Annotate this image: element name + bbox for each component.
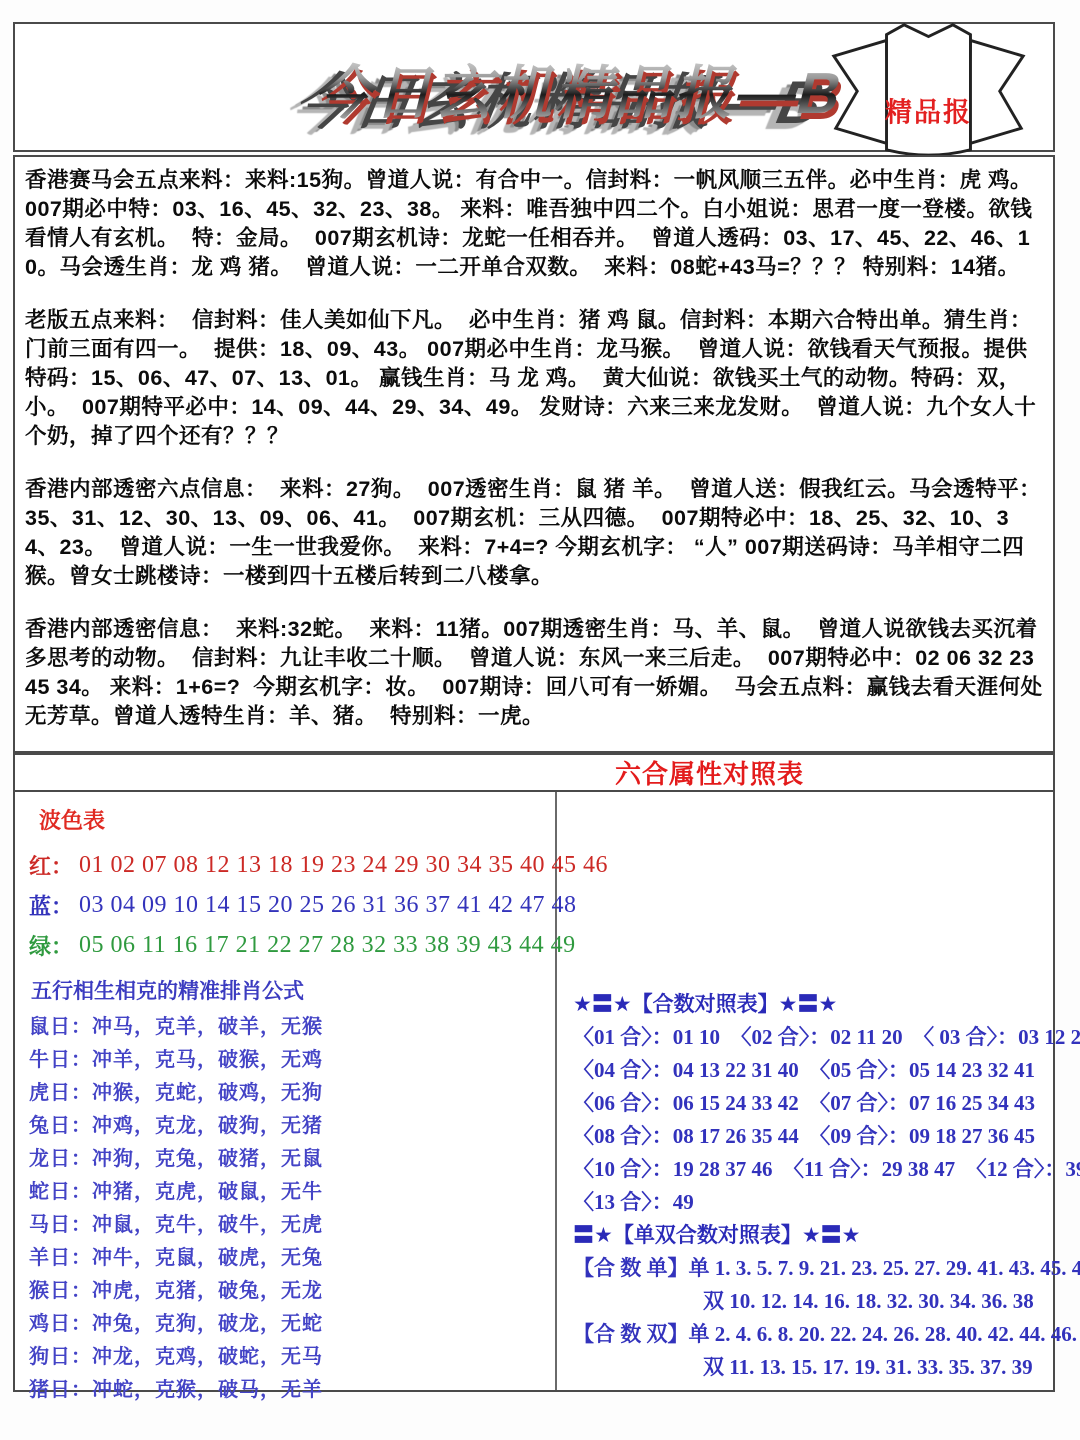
color-row-blue: 蓝： 03 04 09 10 14 15 20 25 26 31 36 37 4…: [29, 885, 545, 925]
color-row-green: 绿： 05 06 11 16 17 21 22 27 28 32 33 38 3…: [29, 925, 545, 965]
color-row-label: 红：: [29, 850, 73, 881]
formula-heading: 五行相生相克的精准排肖公式: [31, 975, 545, 1005]
color-table-heading: 波色表: [39, 804, 545, 835]
color-row-numbers: 01 02 07 08 12 13 18 19 23 24 29 30 34 3…: [79, 852, 608, 879]
banner-label: 精品报: [885, 91, 972, 130]
zodiac-row: 牛日：冲羊，克马，破猴，无鸡: [29, 1044, 545, 1077]
odd-even-row: 【合 数 双】单 2. 4. 6. 8. 20. 22. 24. 26. 28.…: [573, 1318, 1080, 1351]
title-front-layer: 今日玄机精品报—B: [310, 46, 855, 130]
newspaper-page: 今日玄机精品报—B 今日玄机精品报—B 今日玄机精品报—B 精品报 香港赛马会五…: [0, 0, 1080, 1440]
odd-even-heading: 〓★【单双合数对照表】★〓★: [573, 1219, 1080, 1252]
color-row-numbers: 05 06 11 16 17 21 22 27 28 32 33 38 39 4…: [79, 932, 576, 959]
odd-even-row: 【合 数 单】单 1. 3. 5. 7. 9. 21. 23. 25. 27. …: [573, 1252, 1080, 1285]
sum-row: 〈08 合〉：08 17 26 35 44 〈09 合〉：09 18 27 36…: [573, 1120, 1080, 1153]
zodiac-row: 兔日：冲鸡，克龙，破狗，无猪: [29, 1110, 545, 1143]
zodiac-row: 狗日：冲龙，克鸡，破蛇，无马: [29, 1341, 545, 1374]
ribbon-banner: 精品报: [826, 17, 1031, 167]
tips-section: 香港赛马会五点来料：来料:15狗。曾道人说：有合中一。信封料：一帆风顺三五伴。必…: [13, 155, 1055, 753]
zodiac-row: 龙日：冲狗，克兔，破猪，无鼠: [29, 1143, 545, 1176]
right-column: ★〓★【合数对照表】★〓★ 〈01 合〉：01 10 〈02 合〉：02 11 …: [557, 792, 1080, 1390]
tips-paragraph-internal: 香港内部透密信息： 来料:32蛇。 来料：11猪。007期透密生肖：马、羊、鼠。…: [25, 615, 1043, 731]
left-column: 波色表 红： 01 02 07 08 12 13 18 19 23 24 29 …: [15, 792, 557, 1390]
zodiac-row: 马日：冲鼠，克牛，破牛，无虎: [29, 1209, 545, 1242]
zodiac-row: 虎日：冲猴，克蛇，破鸡，无狗: [29, 1077, 545, 1110]
zodiac-row: 猪日：冲蛇，克猴，破马，无羊: [29, 1374, 545, 1407]
zodiac-row: 鼠日：冲马，克羊，破羊，无猴: [29, 1011, 545, 1044]
zodiac-row: 鸡日：冲兔，克狗，破龙，无蛇: [29, 1308, 545, 1341]
zodiac-row: 蛇日：冲猪，克虎，破鼠，无牛: [29, 1176, 545, 1209]
color-row-numbers: 03 04 09 10 14 15 20 25 26 31 36 37 41 4…: [79, 892, 577, 919]
masthead: 今日玄机精品报—B 今日玄机精品报—B 今日玄机精品报—B 精品报: [13, 22, 1055, 152]
color-row-red: 红： 01 02 07 08 12 13 18 19 23 24 29 30 3…: [29, 845, 545, 885]
sum-row: 〈06 合〉：06 15 24 33 42 〈07 合〉：07 16 25 34…: [573, 1087, 1080, 1120]
sum-table-heading: ★〓★【合数对照表】★〓★: [573, 988, 1080, 1021]
odd-even-row: 双 10. 12. 14. 16. 18. 32. 30. 34. 36. 38: [573, 1285, 1080, 1318]
zodiac-row: 猴日：冲虎，克猪，破兔，无龙: [29, 1275, 545, 1308]
tips-paragraph-six-point: 香港内部透密六点信息： 来料：27狗。 007透密生肖：鼠 猪 羊。 曾道人送：…: [25, 475, 1043, 591]
sum-row: 〈13 合〉：49: [573, 1186, 1080, 1219]
color-row-label: 绿：: [29, 930, 73, 961]
section-title: 六合属性对照表: [615, 754, 804, 791]
tips-paragraph-laoban: 老版五点来料： 信封料：佳人美如仙下凡。 必中生肖：猪 鸡 鼠。信封料：本期六合…: [25, 306, 1043, 451]
odd-even-row: 双 11. 13. 15. 17. 19. 31. 33. 35. 37. 39: [573, 1351, 1080, 1384]
sum-row: 〈01 合〉：01 10 〈02 合〉：02 11 20 〈 03 合〉：03 …: [573, 1021, 1080, 1054]
section-title-bar: 六合属性对照表: [13, 753, 1055, 792]
sum-row: 〈10 合〉：19 28 37 46 〈11 合〉：29 38 47 〈12 合…: [573, 1153, 1080, 1186]
newspaper-title-3d: 今日玄机精品报—B 今日玄机精品报—B 今日玄机精品报—B: [320, 38, 900, 142]
color-row-label: 蓝：: [29, 890, 73, 921]
attribute-table: 波色表 红： 01 02 07 08 12 13 18 19 23 24 29 …: [13, 792, 1055, 1392]
sum-row: 〈04 合〉：04 13 22 31 40 〈05 合〉：05 14 23 32…: [573, 1054, 1080, 1087]
tips-paragraph-hkjc: 香港赛马会五点来料：来料:15狗。曾道人说：有合中一。信封料：一帆风顺三五伴。必…: [25, 166, 1043, 282]
zodiac-row: 羊日：冲牛，克鼠，破虎，无兔: [29, 1242, 545, 1275]
